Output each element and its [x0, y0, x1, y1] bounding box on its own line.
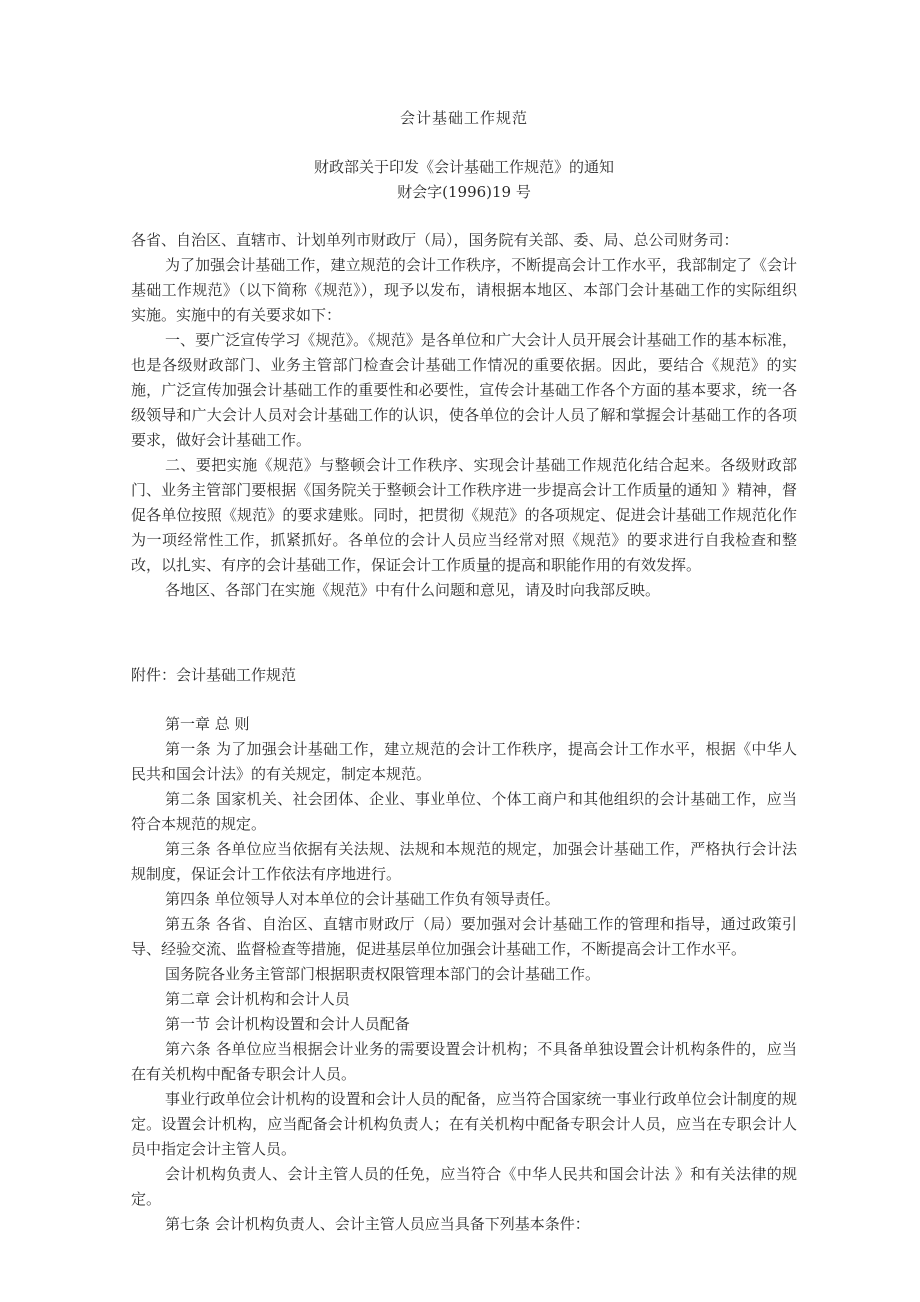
- paragraph: 为了加强会计基础工作，建立规范的会计工作秩序，不断提高会计工作水平，我部制定了《…: [131, 253, 797, 328]
- paragraph: 第三条 各单位应当依据有关法规、法规和本规范的规定，加强会计基础工作，严格执行会…: [131, 837, 797, 887]
- paragraph: 二、要把实施《规范》与整顿会计工作秩序、实现会计基础工作规范化结合起来。各级财政…: [131, 453, 797, 578]
- document-body: 各省、自治区、直辖市、计划单列市财政厅（局），国务院有关部、委、局、总公司财务司…: [131, 228, 797, 1237]
- paragraph: 第七条 会计机构负责人、会计主管人员应当具备下列基本条件：: [131, 1212, 797, 1237]
- paragraph: 一、要广泛宣传学习《规范》。《规范》是各单位和广大会计人员开展会计基础工作的基本…: [131, 328, 797, 453]
- paragraph: 第四条 单位领导人对本单位的会计基础工作负有领导责任。: [131, 887, 797, 912]
- paragraph: 第二章 会计机构和会计人员: [131, 987, 797, 1012]
- paragraph: 各地区、各部门在实施《规范》中有什么问题和意见，请及时向我部反映。: [131, 578, 797, 603]
- paragraph: 第六条 各单位应当根据会计业务的需要设置会计机构；不具备单独设置会计机构条件的，…: [131, 1037, 797, 1087]
- notice-title: 财政部关于印发《会计基础工作规范》的通知: [131, 155, 797, 180]
- paragraph: 第一节 会计机构设置和会计人员配备: [131, 1012, 797, 1037]
- paragraph: 事业行政单位会计机构的设置和会计人员的配备，应当符合国家统一事业行政单位会计制度…: [131, 1087, 797, 1162]
- document-page: 会计基础工作规范 财政部关于印发《会计基础工作规范》的通知 财会字(1996)1…: [0, 0, 920, 1302]
- document-title: 会计基础工作规范: [131, 106, 797, 131]
- notice-heading-block: 财政部关于印发《会计基础工作规范》的通知 财会字(1996)19 号: [131, 155, 797, 205]
- paragraph: 附件：会计基础工作规范: [131, 663, 797, 688]
- paragraph: 各省、自治区、直辖市、计划单列市财政厅（局），国务院有关部、委、局、总公司财务司…: [131, 228, 797, 253]
- paragraph: 第二条 国家机关、社会团体、企业、事业单位、个体工商户和其他组织的会计基础工作，…: [131, 787, 797, 837]
- document-content: 会计基础工作规范 财政部关于印发《会计基础工作规范》的通知 财会字(1996)1…: [131, 106, 797, 1237]
- paragraph: 国务院各业务主管部门根据职责权限管理本部门的会计基础工作。: [131, 962, 797, 987]
- paragraph: 第一章 总 则: [131, 712, 797, 737]
- paragraph: 第五条 各省、自治区、直辖市财政厅（局）要加强对会计基础工作的管理和指导，通过政…: [131, 912, 797, 962]
- paragraph: 第一条 为了加强会计基础工作，建立规范的会计工作秩序，提高会计工作水平，根据《中…: [131, 737, 797, 787]
- paragraph: 会计机构负责人、会计主管人员的任免，应当符合《中华人民共和国会计法 》和有关法律…: [131, 1162, 797, 1212]
- document-number: 财会字(1996)19 号: [131, 180, 797, 205]
